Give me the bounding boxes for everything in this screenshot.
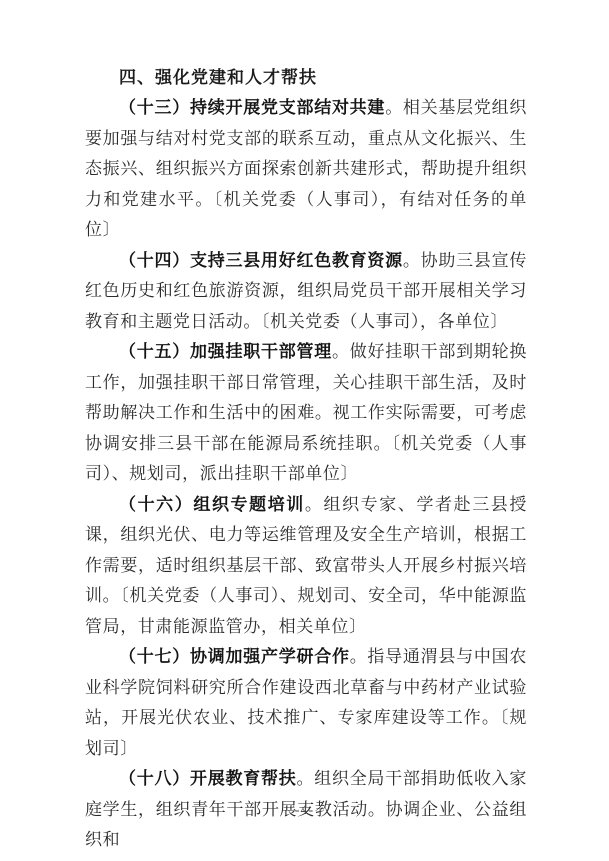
paragraph-16-body: 。组织专家、学者赴三县授课，组织光伏、电力等运维管理及安全生产培训，根据工作需要… [85,495,527,636]
paragraph-14: （十四）支持三县用好红色教育资源。协助三县宣传红色历史和红色旅游资源，组织局党员… [85,246,527,338]
paragraph-17: （十七）协调加强产学研合作。指导通渭县与中国农业科学院饲料研究所合作建设西北草畜… [85,642,527,764]
paragraph-13: （十三）持续开展党支部结对共建。相关基层党组织要加强与结对村党支部的联系互动，重… [85,93,527,246]
paragraph-15-lead: （十五）加强挂职干部管理 [119,342,332,361]
paragraph-17-lead: （十七）协调加强产学研合作 [119,647,350,666]
paragraph-18-lead: （十八）开展教育帮扶 [119,769,296,788]
paragraph-16: （十六）组织专题培训。组织专家、学者赴三县授课，组织光伏、电力等运维管理及安全生… [85,490,527,643]
paragraph-15-body: 。做好挂职干部到期轮换工作，加强挂职干部日常管理，关心挂职干部生活，及时帮助解决… [85,342,527,483]
paragraph-13-lead: （十三）持续开展党支部结对共建 [119,98,385,117]
paragraph-15: （十五）加强挂职干部管理。做好挂职干部到期轮换工作，加强挂职干部日常管理，关心挂… [85,337,527,490]
section-heading: 四、强化党建和人才帮扶 [85,62,527,93]
paragraph-13-body: 。相关基层党组织要加强与结对村党支部的联系互动，重点从文化振兴、生态振兴、组织振… [85,98,527,239]
paragraph-16-lead: （十六）组织专题培训 [119,495,305,514]
document-page: 四、强化党建和人才帮扶 （十三）持续开展党支部结对共建。相关基层党组织要加强与结… [0,0,609,861]
page-number: -4- [0,803,609,819]
paragraph-14-lead: （十四）支持三县用好红色教育资源 [119,251,403,270]
